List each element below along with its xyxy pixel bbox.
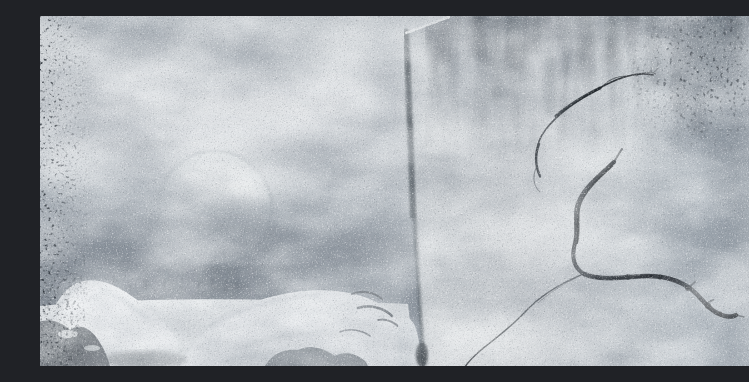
artwork-frame [40, 16, 749, 366]
scene-canvas [40, 16, 749, 366]
texture-overlays [40, 16, 749, 366]
corner-speckle [40, 231, 85, 366]
top-right-speckle [620, 16, 749, 181]
